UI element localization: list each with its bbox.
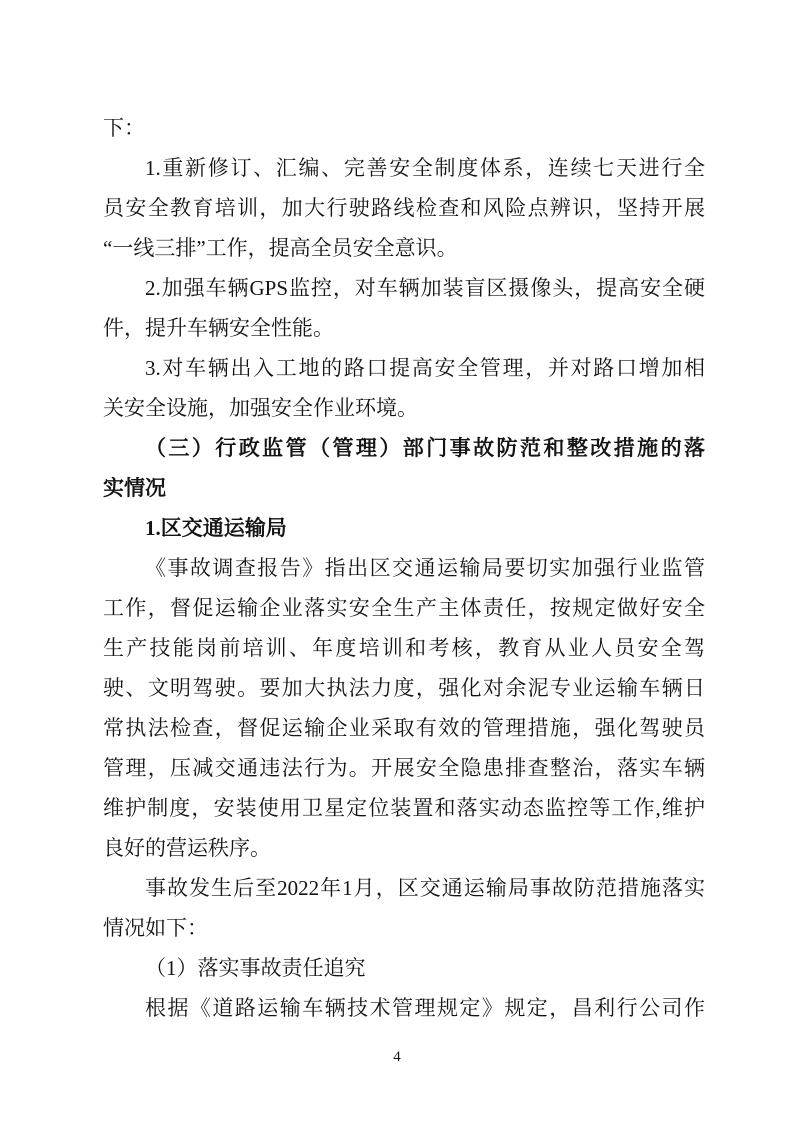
text-line: 1.重新修订、汇编、完善安全制度体系，连续七天进行全 [103, 148, 705, 188]
text-line: 实情况 [103, 468, 705, 508]
text-line: 情况如下： [103, 908, 705, 948]
text-line: 常执法检查，督促运输企业采取有效的管理措施，强化驾驶员 [103, 708, 705, 748]
text-line: 下： [103, 108, 705, 148]
page-number: 4 [0, 1042, 794, 1072]
text-line: 件，提升车辆安全性能。 [103, 308, 705, 348]
text-line: 根据《道路运输车辆技术管理规定》规定，昌利行公司作 [103, 988, 705, 1028]
text-line: 生产技能岗前培训、年度培训和考核，教育从业人员安全驾 [103, 628, 705, 668]
text-line: （三）行政监管（管理）部门事故防范和整改措施的落 [103, 428, 705, 468]
text-line: 关安全设施，加强安全作业环境。 [103, 388, 705, 428]
text-line: 事故发生后至2022年1月，区交通运输局事故防范措施落实 [103, 868, 705, 908]
text-line: 员安全教育培训，加大行驶路线检查和风险点辨识，坚持开展 [103, 188, 705, 228]
text-line: 工作，督促运输企业落实安全生产主体责任，按规定做好安全 [103, 588, 705, 628]
text-line: 3.对车辆出入工地的路口提高安全管理，并对路口增加相 [103, 348, 705, 388]
text-line: 维护制度，安装使用卫星定位装置和落实动态监控等工作,维护 [103, 788, 705, 828]
text-line: 2.加强车辆GPS监控，对车辆加装盲区摄像头，提高安全硬 [103, 268, 705, 308]
text-line: 驶、文明驾驶。要加大执法力度，强化对余泥专业运输车辆日 [103, 668, 705, 708]
document-page: 下：1.重新修订、汇编、完善安全制度体系，连续七天进行全员安全教育培训，加大行驶… [0, 0, 794, 1123]
document-body: 下：1.重新修订、汇编、完善安全制度体系，连续七天进行全员安全教育培训，加大行驶… [103, 108, 705, 1028]
text-line: （1）落实事故责任追究 [103, 948, 705, 988]
text-line: 《事故调查报告》指出区交通运输局要切实加强行业监管 [103, 548, 705, 588]
text-line: 良好的营运秩序。 [103, 828, 705, 868]
text-line: 管理，压减交通违法行为。开展安全隐患排查整治，落实车辆 [103, 748, 705, 788]
text-line: “一线三排”工作，提高全员安全意识。 [103, 228, 705, 268]
text-line: 1.区交通运输局 [103, 508, 705, 548]
